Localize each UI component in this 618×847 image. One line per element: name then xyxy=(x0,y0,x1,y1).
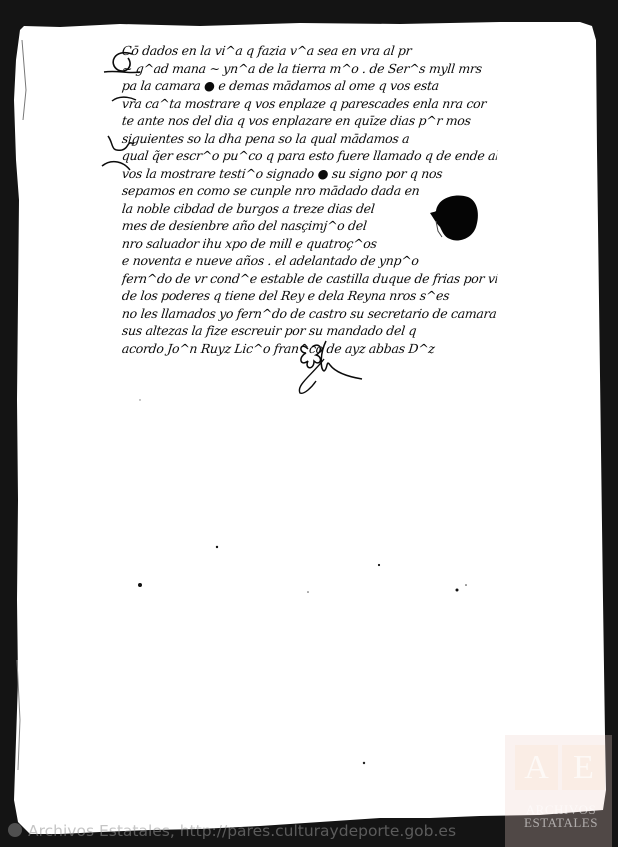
copyright-icon xyxy=(8,823,22,837)
watermark-label-line2: ESTATALES xyxy=(509,816,613,829)
manuscript-viewer: Cō dados en la vi^a q fazia v^a sea en v… xyxy=(0,0,618,847)
watermark-label: ARCHIVOS ESTATALES xyxy=(509,803,613,829)
copyright-notice: Archivos Estatales, http://pares.cultura… xyxy=(8,822,456,840)
watermark-letter: E xyxy=(562,745,605,790)
archivos-estatales-watermark: A E ARCHIVOS ESTATALES xyxy=(505,735,612,847)
watermark-letter: A xyxy=(515,745,558,790)
copyright-text: Archivos Estatales, http://pares.cultura… xyxy=(28,822,456,840)
paper-specks xyxy=(0,0,618,847)
watermark-logo: A E xyxy=(515,745,605,790)
